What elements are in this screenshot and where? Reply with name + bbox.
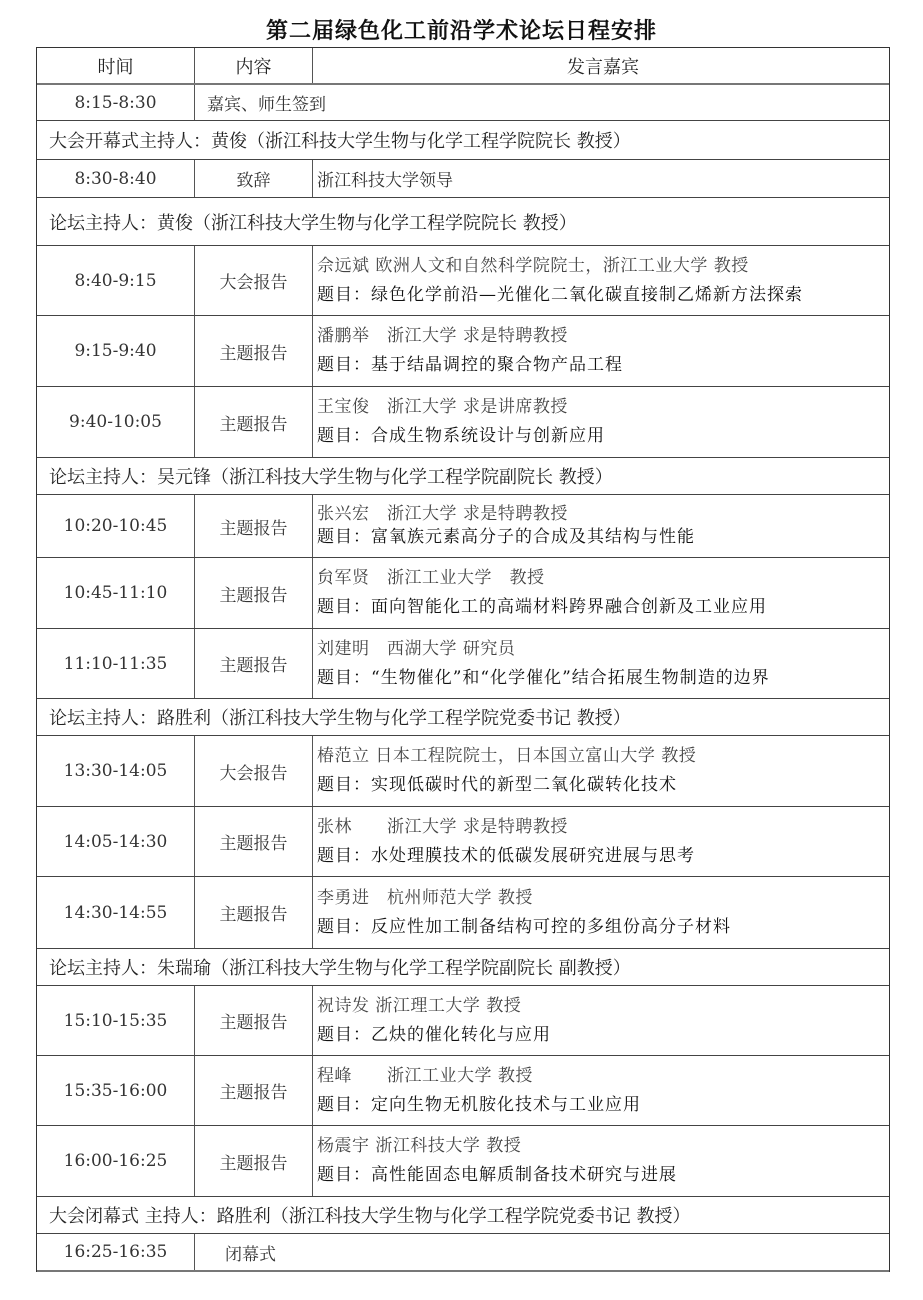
table-row: 16:25-16:35 闭幕式 [37, 1234, 889, 1272]
table-row: 15:10-15:35 主题报告 祝诗发 浙江理工大学 教授 题目：乙炔的催化转… [37, 986, 889, 1056]
talk-topic: 题目：定向生物无机胺化技术与工业应用 [317, 1097, 641, 1114]
speaker-name: 王宝俊 浙江大学 求是讲席教授 [317, 399, 568, 416]
row-type: 主题报告 [195, 807, 313, 876]
host-row: 论坛主持人：黄俊（浙江科技大学生物与化学工程学院院长 教授） [37, 198, 889, 246]
header-content: 内容 [195, 48, 313, 83]
talk-topic: 题目：高性能固态电解质制备技术研究与进展 [317, 1167, 677, 1184]
speaker-name: 贠军贤 浙江工业大学 教授 [317, 570, 545, 587]
speaker-name: 佘远斌 欧洲人文和自然科学院院士，浙江工业大学 教授 [317, 258, 749, 275]
row-speaker-cell: 刘建明 西湖大学 研究员 题目：“生物催化”和“化学催化”结合拓展生物制造的边界 [313, 629, 889, 698]
talk-topic: 题目：面向智能化工的高端材料跨界融合创新及工业应用 [317, 599, 767, 616]
talk-topic: 题目：水处理膜技术的低碳发展研究进展与思考 [317, 848, 695, 865]
page-title: 第二届绿色化工前沿学术论坛日程安排 [0, 14, 923, 45]
table-row: 16:00-16:25 主题报告 杨震宇 浙江科技大学 教授 题目：高性能固态电… [37, 1126, 889, 1197]
table-row: 8:40-9:15 大会报告 佘远斌 欧洲人文和自然科学院院士，浙江工业大学 教… [37, 246, 889, 316]
speaker-name: 程峰 浙江工业大学 教授 [317, 1068, 533, 1085]
row-speaker-cell: 椿范立 日本工程院院士，日本国立富山大学 教授 题目：实现低碳时代的新型二氧化碳… [313, 736, 889, 806]
row-type: 主题报告 [195, 986, 313, 1055]
speaker-name: 张林 浙江大学 求是特聘教授 [317, 819, 568, 836]
row-text: 闭幕式 [195, 1234, 889, 1270]
speaker-name: 椿范立 日本工程院院士，日本国立富山大学 教授 [317, 748, 696, 765]
table-row: 11:10-11:35 主题报告 刘建明 西湖大学 研究员 题目：“生物催化”和… [37, 629, 889, 699]
row-time: 9:15-9:40 [37, 316, 195, 386]
speaker-name: 杨震宇 浙江科技大学 教授 [317, 1138, 521, 1155]
table-row: 8:15-8:30 嘉宾、师生签到 [37, 85, 889, 121]
speaker-name: 李勇进 杭州师范大学 教授 [317, 890, 533, 907]
row-time: 15:35-16:00 [37, 1056, 195, 1125]
header-speaker: 发言嘉宾 [313, 48, 889, 83]
talk-topic: 题目：合成生物系统设计与创新应用 [317, 428, 605, 445]
talk-topic: 题目：绿色化学前沿—光催化二氧化碳直接制乙烯新方法探索 [317, 287, 803, 304]
host-text: 大会闭幕式 主持人：路胜利（浙江科技大学生物与化学工程学院党委书记 教授） [37, 1197, 690, 1233]
row-type: 大会报告 [195, 736, 313, 806]
host-row: 大会闭幕式 主持人：路胜利（浙江科技大学生物与化学工程学院党委书记 教授） [37, 1197, 889, 1234]
table-row: 9:15-9:40 主题报告 潘鹏举 浙江大学 求是特聘教授 题目：基于结晶调控… [37, 316, 889, 387]
row-text: 浙江科技大学领导 [313, 160, 889, 197]
row-type: 主题报告 [195, 558, 313, 628]
host-row: 论坛主持人：路胜利（浙江科技大学生物与化学工程学院党委书记 教授） [37, 699, 889, 736]
row-time: 10:45-11:10 [37, 558, 195, 628]
row-speaker-cell: 佘远斌 欧洲人文和自然科学院院士，浙江工业大学 教授 题目：绿色化学前沿—光催化… [313, 246, 889, 315]
row-time: 13:30-14:05 [37, 736, 195, 806]
talk-topic: 题目：实现低碳时代的新型二氧化碳转化技术 [317, 777, 677, 794]
speaker-name: 刘建明 西湖大学 研究员 [317, 641, 515, 658]
row-type: 主题报告 [195, 387, 313, 457]
row-time: 9:40-10:05 [37, 387, 195, 457]
table-row: 14:30-14:55 主题报告 李勇进 杭州师范大学 教授 题目：反应性加工制… [37, 877, 889, 949]
row-speaker-cell: 杨震宇 浙江科技大学 教授 题目：高性能固态电解质制备技术研究与进展 [313, 1126, 889, 1196]
row-time: 15:10-15:35 [37, 986, 195, 1055]
row-speaker-cell: 贠军贤 浙江工业大学 教授 题目：面向智能化工的高端材料跨界融合创新及工业应用 [313, 558, 889, 628]
row-type: 主题报告 [195, 1126, 313, 1196]
table-row: 10:45-11:10 主题报告 贠军贤 浙江工业大学 教授 题目：面向智能化工… [37, 558, 889, 629]
row-time: 14:05-14:30 [37, 807, 195, 876]
host-text: 论坛主持人：吴元锋（浙江科技大学生物与化学工程学院副院长 教授） [37, 458, 613, 494]
row-time: 16:25-16:35 [37, 1234, 195, 1270]
row-type: 大会报告 [195, 246, 313, 315]
host-text: 大会开幕式主持人：黄俊（浙江科技大学生物与化学工程学院院长 教授） [37, 121, 631, 159]
row-type: 主题报告 [195, 1056, 313, 1125]
row-type: 主题报告 [195, 877, 313, 948]
table-row: 10:20-10:45 主题报告 张兴宏 浙江大学 求是特聘教授 题目：富氧族元… [37, 495, 889, 558]
row-speaker-cell: 李勇进 杭州师范大学 教授 题目：反应性加工制备结构可控的多组份高分子材料 [313, 877, 889, 948]
talk-topic: 题目：富氧族元素高分子的合成及其结构与性能 [317, 529, 695, 546]
speaker-name: 祝诗发 浙江理工大学 教授 [317, 998, 521, 1015]
row-type: 致辞 [195, 160, 313, 197]
row-speaker-cell: 祝诗发 浙江理工大学 教授 题目：乙炔的催化转化与应用 [313, 986, 889, 1055]
table-row: 14:05-14:30 主题报告 张林 浙江大学 求是特聘教授 题目：水处理膜技… [37, 807, 889, 877]
table-row: 9:40-10:05 主题报告 王宝俊 浙江大学 求是讲席教授 题目：合成生物系… [37, 387, 889, 458]
table-row: 15:35-16:00 主题报告 程峰 浙江工业大学 教授 题目：定向生物无机胺… [37, 1056, 889, 1126]
host-text: 论坛主持人：黄俊（浙江科技大学生物与化学工程学院院长 教授） [37, 198, 577, 245]
row-text: 嘉宾、师生签到 [195, 85, 889, 120]
row-speaker-cell: 潘鹏举 浙江大学 求是特聘教授 题目：基于结晶调控的聚合物产品工程 [313, 316, 889, 386]
table-row: 8:30-8:40 致辞 浙江科技大学领导 [37, 160, 889, 198]
row-type: 主题报告 [195, 495, 313, 557]
row-speaker-cell: 张兴宏 浙江大学 求是特聘教授 题目：富氧族元素高分子的合成及其结构与性能 [313, 495, 889, 557]
row-time: 14:30-14:55 [37, 877, 195, 948]
talk-topic: 题目：“生物催化”和“化学催化”结合拓展生物制造的边界 [317, 670, 770, 687]
row-time: 11:10-11:35 [37, 629, 195, 698]
host-row: 论坛主持人：吴元锋（浙江科技大学生物与化学工程学院副院长 教授） [37, 458, 889, 495]
row-type: 主题报告 [195, 629, 313, 698]
talk-topic: 题目：基于结晶调控的聚合物产品工程 [317, 357, 623, 374]
talk-topic: 题目：反应性加工制备结构可控的多组份高分子材料 [317, 919, 731, 936]
table-row: 13:30-14:05 大会报告 椿范立 日本工程院院士，日本国立富山大学 教授… [37, 736, 889, 807]
row-speaker-cell: 程峰 浙江工业大学 教授 题目：定向生物无机胺化技术与工业应用 [313, 1056, 889, 1125]
host-row: 大会开幕式主持人：黄俊（浙江科技大学生物与化学工程学院院长 教授） [37, 121, 889, 160]
table-header-row: 时间 内容 发言嘉宾 [37, 48, 889, 85]
talk-topic: 题目：乙炔的催化转化与应用 [317, 1027, 551, 1044]
row-time: 8:30-8:40 [37, 160, 195, 197]
speaker-name: 张兴宏 浙江大学 求是特聘教授 [317, 506, 568, 523]
host-text: 论坛主持人：朱瑞瑜（浙江科技大学生物与化学工程学院副院长 副教授） [37, 949, 631, 985]
speaker-name: 潘鹏举 浙江大学 求是特聘教授 [317, 328, 568, 345]
row-time: 8:15-8:30 [37, 85, 195, 120]
row-time: 16:00-16:25 [37, 1126, 195, 1196]
host-text: 论坛主持人：路胜利（浙江科技大学生物与化学工程学院党委书记 教授） [37, 699, 631, 735]
host-row: 论坛主持人：朱瑞瑜（浙江科技大学生物与化学工程学院副院长 副教授） [37, 949, 889, 986]
header-time: 时间 [37, 48, 195, 83]
row-time: 8:40-9:15 [37, 246, 195, 315]
row-time: 10:20-10:45 [37, 495, 195, 557]
schedule-table: 时间 内容 发言嘉宾 8:15-8:30 嘉宾、师生签到 大会开幕式主持人：黄俊… [36, 47, 890, 1272]
row-type: 主题报告 [195, 316, 313, 386]
row-speaker-cell: 张林 浙江大学 求是特聘教授 题目：水处理膜技术的低碳发展研究进展与思考 [313, 807, 889, 876]
row-speaker-cell: 王宝俊 浙江大学 求是讲席教授 题目：合成生物系统设计与创新应用 [313, 387, 889, 457]
